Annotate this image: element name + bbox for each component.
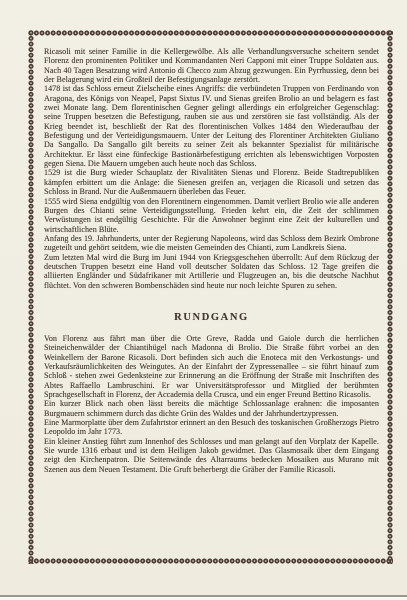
tour-paragraph-2: Ein kurzer Blick nach oben lässt bereits…: [44, 399, 379, 418]
page-text-block: Ricasoli mit seiner Familie in die Kelle…: [44, 42, 379, 558]
ornamental-border-right: [387, 30, 393, 564]
section-heading: RUNDGANG: [44, 312, 379, 323]
ornamental-border-top: [28, 30, 393, 36]
ornamental-border-bottom: [28, 558, 393, 564]
tour-paragraph-4: Ein kleiner Anstieg führt zum Innenhof d…: [44, 437, 379, 474]
history-paragraph-3: 1529 ist die Burg wieder Schauplatz der …: [44, 168, 379, 196]
ornamental-frame: Ricasoli mit seiner Familie in die Kelle…: [28, 30, 393, 564]
history-paragraph-1: Ricasoli mit seiner Familie in die Kelle…: [44, 47, 379, 84]
history-paragraph-2: 1478 ist das Schloss erneut Zielscheibe …: [44, 84, 379, 168]
ornamental-border-left: [28, 30, 34, 564]
scanned-book-page: { "page": { "section_heading": "RUNDGANG…: [0, 0, 407, 600]
tour-paragraph-3: Eine Marmorplatte über dem Zufahrtstor e…: [44, 418, 379, 437]
history-paragraph-5: Anfang des 19. Jahrhunderts, unter der R…: [44, 234, 379, 253]
history-paragraph-4: 1555 wird Siena endgültig von den Floren…: [44, 197, 379, 234]
tour-paragraph-1: Von Florenz aus fährt man über die Orte …: [44, 334, 379, 399]
history-paragraph-6: Zum letzten Mal wird die Burg im Juni 19…: [44, 253, 379, 290]
